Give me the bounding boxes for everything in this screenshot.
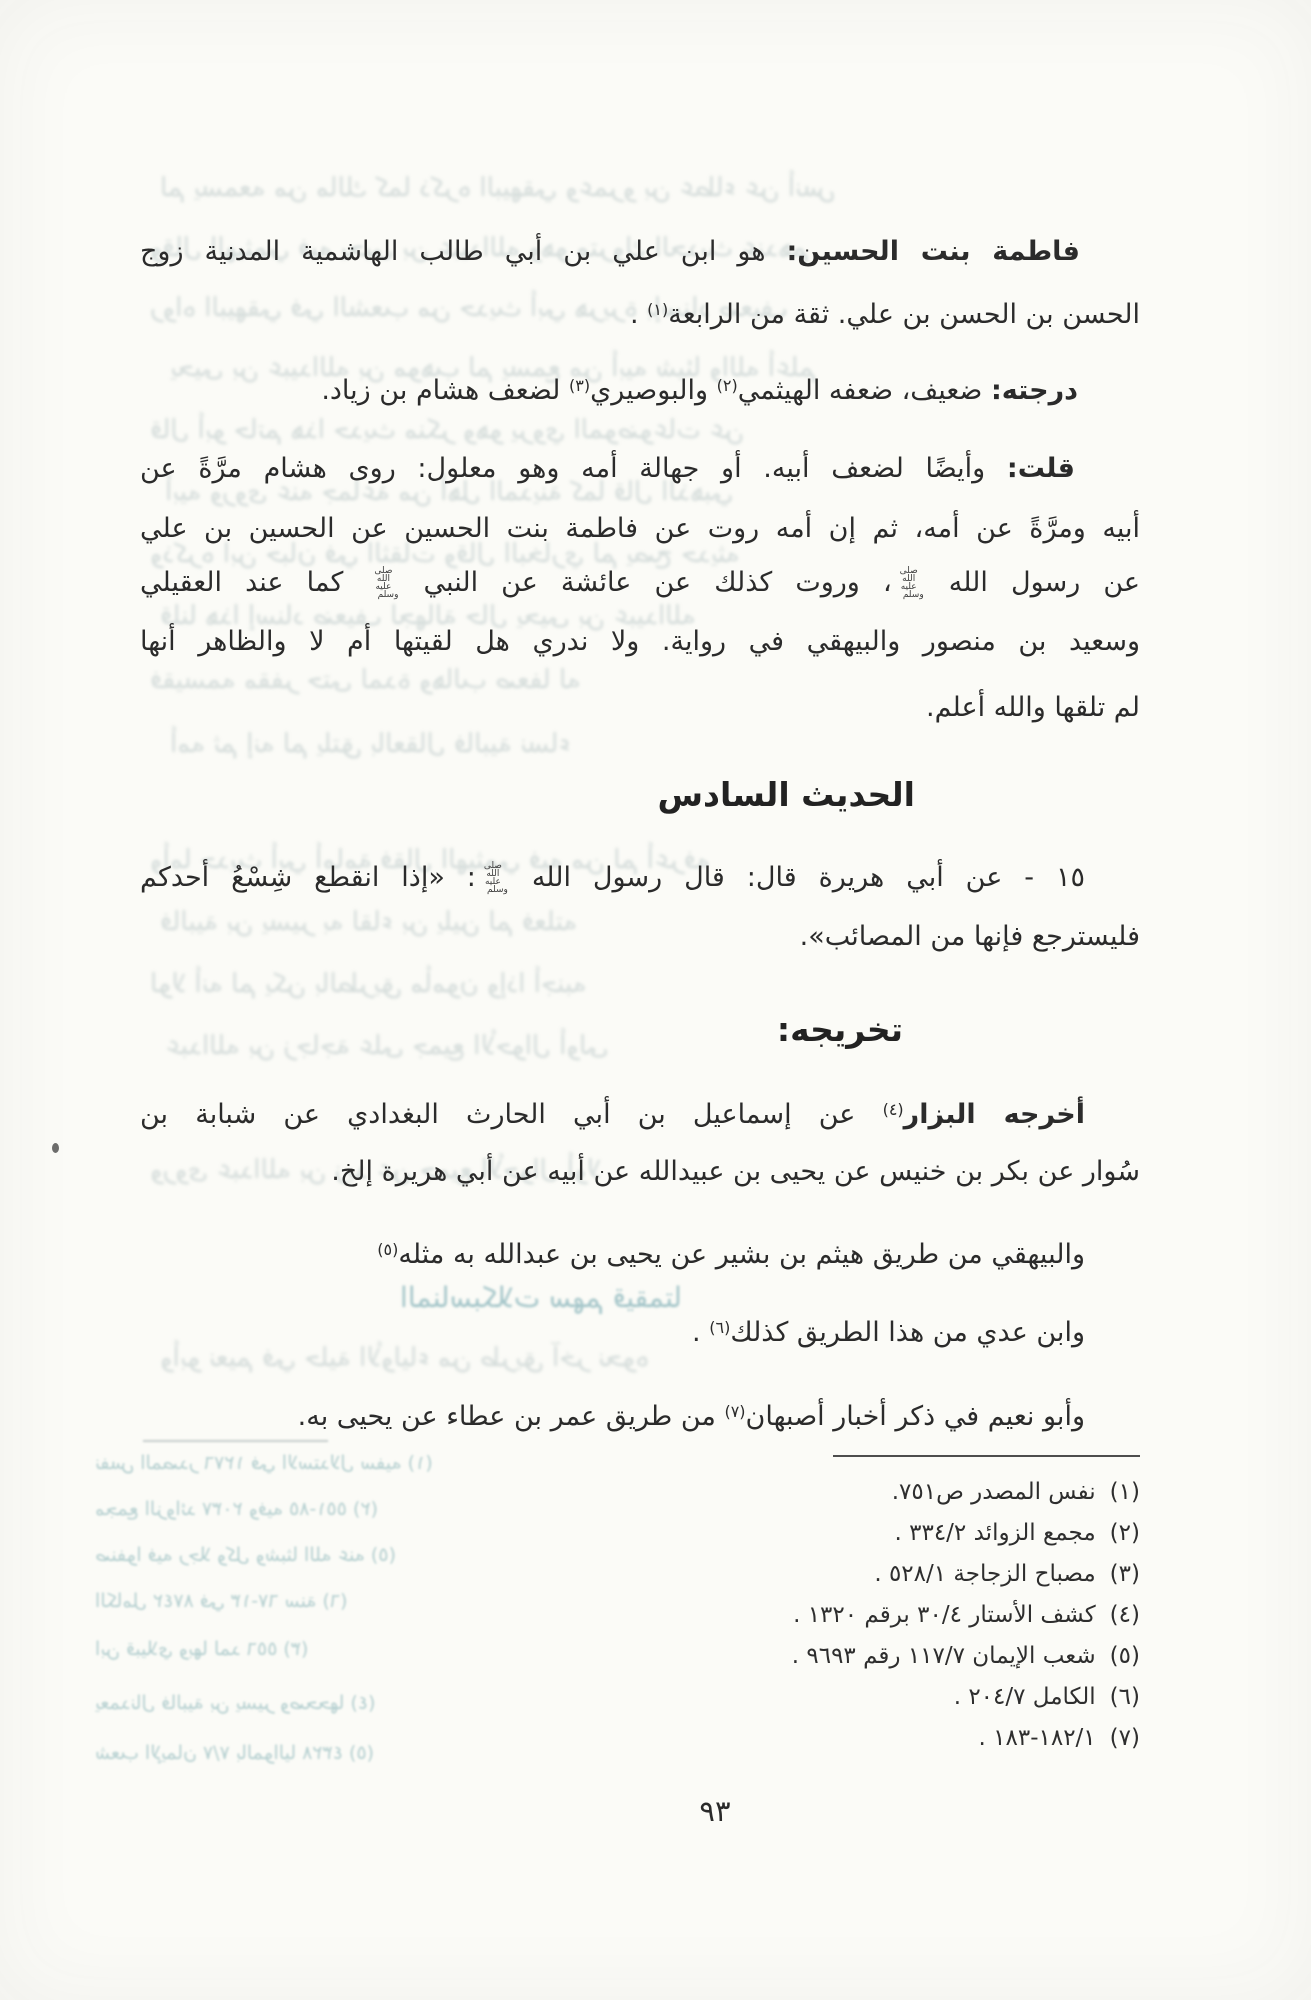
footnote-citation-numbers: ١٨٣-١٨٢/١	[993, 1725, 1096, 1751]
hadith-line-1: ١٥ - عن أبي هريرة قال: قال رسول الله صلى…	[140, 858, 1140, 898]
entry-title: فاطمة بنت الحسين:	[787, 236, 1080, 267]
takhrij-line-4: وابن عدي من هذا الطريق كذلك(٦) .	[140, 1308, 1140, 1353]
footnote-text: مصباح الزجاجة	[946, 1561, 1096, 1587]
footnote-ref-1: (١)	[647, 300, 668, 319]
footnote-text: شعب الإيمان	[965, 1643, 1096, 1669]
ink-speck	[52, 1143, 59, 1153]
takhrij-text: عن إسماعيل بن أبي الحارث البغدادي عن شبا…	[140, 1099, 883, 1130]
footnote-text: .	[954, 1684, 969, 1710]
comment-line-1: قلت: وأيضًا لضعف أبيه. أو جهالة أمه وهو …	[140, 449, 1140, 489]
takhrij-text: وأبو نعيم في ذكر أخبار أصبهان	[746, 1401, 1085, 1432]
hadith-line-2: فليسترجع فإنها من المصائب».	[140, 917, 1140, 957]
footnote-ref-5: (٥)	[377, 1240, 398, 1259]
comment-text: كما عند العقيلي	[140, 567, 366, 598]
scanned-book-page: لم يسمعه من مالك كما ذكره البيهقي وعمرو …	[0, 0, 1311, 2000]
takhrij-text: والبيهقي من طريق هيثم بن بشير عن يحيى بن…	[398, 1239, 1085, 1270]
footnote-ref-2: (٢)	[717, 376, 738, 395]
footnote-text: كشف الأستار	[962, 1602, 1096, 1628]
takhrij-line-1: أخرجه البزار(٤) عن إسماعيل بن أبي الحارث…	[140, 1090, 1140, 1135]
footnote-citation-numbers: ٢٠٤/٧	[968, 1684, 1025, 1710]
page-number: ٩٣	[640, 1794, 790, 1828]
takhrij-text: من طريق عمر بن عطاء عن يحيى به.	[298, 1401, 725, 1432]
hadith-text: فليسترجع فإنها من المصائب».	[800, 921, 1140, 952]
hadith-text: : «إذا انقطع شِسْعُ أحدكم	[140, 862, 476, 893]
comment-text: لم تلقها والله أعلم.	[926, 692, 1140, 723]
footnote-number: (١)	[1110, 1472, 1140, 1513]
footnote-separator	[833, 1455, 1140, 1457]
footnote-ref-7: (٧)	[724, 1402, 745, 1421]
footnote-ref-3: (٣)	[569, 376, 590, 395]
bio-text: الحسن بن الحسن بن علي. ثقة من الرابعة	[668, 299, 1140, 330]
salawat-mark: صلى الله عليه وسلم	[368, 567, 398, 599]
footnote-ref-6: (٦)	[709, 1318, 730, 1337]
comment-text: عن رسول الله	[926, 567, 1140, 598]
footnote-number: (٣)	[1110, 1554, 1140, 1595]
grade-line: درجته: ضعيف، ضعفه الهيثمي(٢) والبوصيري(٣…	[140, 366, 1140, 411]
footnote-item: (٥)شعب الإيمان ١١٧/٧ رقم ٩٦٩٣ .	[480, 1636, 1140, 1677]
bio-text: هو ابن علي بن أبي طالب الهاشمية المدنية …	[140, 236, 787, 267]
salawat-mark: صلى الله عليه وسلم	[894, 567, 924, 599]
footnotes-list: (١)نفس المصدر ص٧٥١. (٢)مجمع الزوائد ٣٣٤/…	[480, 1472, 1140, 1759]
bio-line-1: فاطمة بنت الحسين: هو ابن علي بن أبي طالب…	[140, 232, 1140, 272]
grade-text: والبوصيري	[590, 375, 717, 406]
comment-line-5: لم تلقها والله أعلم.	[140, 688, 1140, 728]
bio-line-2: الحسن بن الحسن بن علي. ثقة من الرابعة(١)…	[140, 290, 1140, 335]
footnote-text: مجمع الزوائد	[966, 1520, 1095, 1546]
footnote-citation-numbers: ٣٠/٤	[917, 1602, 962, 1628]
comment-line-2: أبيه ومرَّةً عن أمه، ثم إن أمه روت عن فا…	[140, 509, 1140, 549]
comment-text: ، وروت كذلك عن عائشة عن النبي	[400, 567, 891, 598]
footnote-citation-numbers: ٥٢٨/١	[889, 1561, 946, 1587]
footnote-item: (٣)مصباح الزجاجة ٥٢٨/١ .	[480, 1554, 1140, 1595]
footnote-text: .	[874, 1561, 889, 1587]
footnote-item: (١)نفس المصدر ص٧٥١.	[480, 1472, 1140, 1513]
footnote-citation-numbers: ١١٧/٧	[908, 1643, 965, 1669]
grade-text: ضعيف، ضعفه الهيثمي	[738, 375, 991, 406]
takhrij-line-5: وأبو نعيم في ذكر أخبار أصبهان(٧) من طريق…	[140, 1392, 1140, 1437]
bio-text: .	[630, 299, 647, 330]
hadith-six-heading: الحديث السادس	[657, 773, 915, 817]
comment-line-3: عن رسول الله صلى الله عليه وسلم، وروت كذ…	[140, 563, 1140, 603]
grade-text: لضعف هشام بن زياد.	[321, 375, 569, 406]
footnote-number: (٥)	[1110, 1636, 1140, 1677]
comment-text: أبيه ومرَّةً عن أمه، ثم إن أمه روت عن فا…	[140, 513, 1140, 544]
comment-text: وأيضًا لضعف أبيه. أو جهالة أمه وهو معلول…	[140, 453, 1007, 484]
footnote-citation-numbers: ٣٣٤/٢	[909, 1520, 966, 1546]
salawat-mark: صلى الله عليه وسلم	[478, 862, 508, 894]
comment-line-4: وسعيد بن منصور والبيهقي في رواية. ولا ند…	[140, 622, 1140, 662]
takhrij-text: وابن عدي من هذا الطريق كذلك	[730, 1317, 1085, 1348]
footnote-item: (٦)الكامل ٢٠٤/٧ .	[480, 1677, 1140, 1718]
footnote-ref-4: (٤)	[883, 1100, 904, 1119]
takhrij-line-2: سُوار عن بكر بن خنيس عن يحيى بن عبيدالله…	[140, 1152, 1140, 1192]
takhrij-line-3: والبيهقي من طريق هيثم بن بشير عن يحيى بن…	[140, 1230, 1140, 1275]
source-name: أخرجه البزار	[904, 1099, 1085, 1130]
comment-text: وسعيد بن منصور والبيهقي في رواية. ولا ند…	[140, 626, 1140, 657]
footnote-text: نفس المصدر ص٧٥١.	[892, 1479, 1096, 1505]
footnote-number: (٤)	[1110, 1595, 1140, 1636]
hadith-text: ١٥ - عن أبي هريرة قال: قال رسول الله	[510, 862, 1085, 893]
grade-label: درجته:	[991, 375, 1078, 406]
footnote-text: الكامل	[1026, 1684, 1096, 1710]
footnote-number: (٢)	[1110, 1513, 1140, 1554]
footnote-text: .	[894, 1520, 909, 1546]
footnote-number: (٧)	[1110, 1718, 1140, 1759]
footnote-text: .	[979, 1725, 994, 1751]
footnote-item: (٢)مجمع الزوائد ٣٣٤/٢ .	[480, 1513, 1140, 1554]
qultu-label: قلت:	[1007, 453, 1075, 484]
takhrij-heading: تخريجه:	[777, 1008, 903, 1052]
footnote-item: (٤)كشف الأستار ٣٠/٤ برقم ١٣٢٠ .	[480, 1595, 1140, 1636]
takhrij-text: سُوار عن بكر بن خنيس عن يحيى بن عبيدالله…	[331, 1156, 1140, 1187]
takhrij-text: .	[692, 1317, 709, 1348]
footnote-text: رقم ٩٦٩٣ .	[792, 1643, 908, 1669]
footnote-text: برقم ١٣٢٠ .	[793, 1602, 917, 1628]
footnote-item: (٧)١٨٣-١٨٢/١ .	[480, 1718, 1140, 1759]
footnote-number: (٦)	[1110, 1677, 1140, 1718]
